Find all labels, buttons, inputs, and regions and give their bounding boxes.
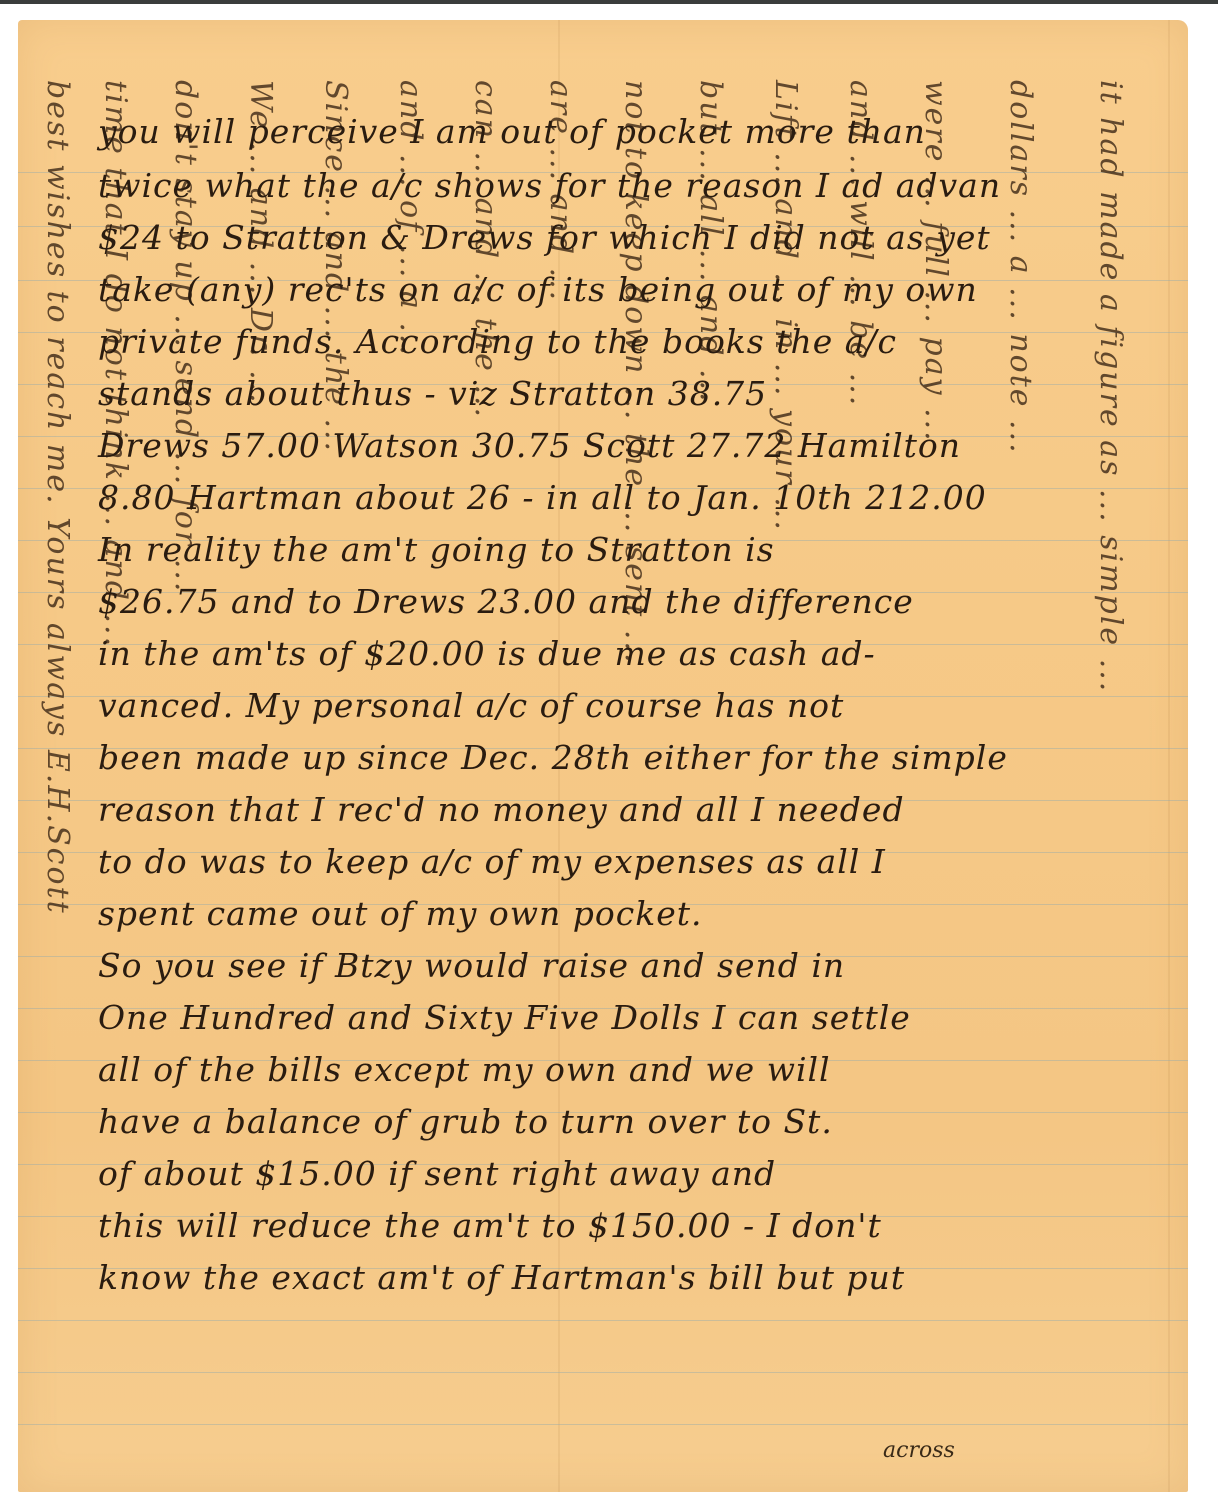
letter-line: $24 to Stratton & Drews for which I did … (98, 218, 991, 257)
letter-line: in the am'ts of $20.00 is due me as cash… (98, 634, 876, 673)
letter-line: Drews 57.00 Watson 30.75 Scott 27.72 Ham… (98, 426, 961, 465)
letter-line: reason that I rec'd no money and all I n… (98, 790, 905, 829)
letter-line: you will perceive I am out of pocket mor… (98, 112, 926, 151)
cross-written-line: it had made a figure as ... simple ... (1093, 80, 1128, 693)
letter-line: all of the bills except my own and we wi… (98, 1050, 831, 1089)
letter-line: vanced. My personal a/c of course has no… (98, 686, 844, 725)
letter-line: In reality the am't going to Stratton is (98, 530, 775, 569)
letter-line: So you see if Btzy would raise and send … (98, 946, 845, 985)
letter-line: have a balance of grub to turn over to S… (98, 1102, 833, 1141)
letter-line: 8.80 Hartman about 26 - in all to Jan. 1… (98, 478, 987, 517)
cross-written-line: best wishes to reach me. Yours always E.… (40, 80, 75, 915)
letter-line: take (any) rec'ts on a/c of its being ou… (98, 270, 978, 309)
letter-line: know the exact am't of Hartman's bill bu… (98, 1258, 905, 1297)
letter-line: stands about thus - viz Stratton 38.75 (98, 374, 767, 413)
letter-line: twice what the a/c shows for the reason … (98, 166, 1001, 205)
cross-written-line: dollars ... a ... note ... (1003, 80, 1038, 455)
across-annotation: across (883, 1438, 955, 1463)
letter-line: of about $15.00 if sent right away and (98, 1154, 776, 1193)
letter-line: to do was to keep a/c of my expenses as … (98, 842, 886, 881)
letter-line: One Hundred and Sixty Five Dolls I can s… (98, 998, 911, 1037)
letter-page: best wishes to reach me. Yours always E.… (18, 20, 1188, 1492)
scan-top-edge (0, 0, 1218, 4)
letter-line: been made up since Dec. 28th either for … (98, 738, 1008, 777)
letter-line: this will reduce the am't to $150.00 - I… (98, 1206, 882, 1245)
paper-fold-line (1168, 20, 1170, 1492)
letter-line: private funds. According to the books th… (98, 322, 897, 361)
letter-line: $26.75 and to Drews 23.00 and the differ… (98, 582, 914, 621)
letter-line: spent came out of my own pocket. (98, 894, 703, 933)
